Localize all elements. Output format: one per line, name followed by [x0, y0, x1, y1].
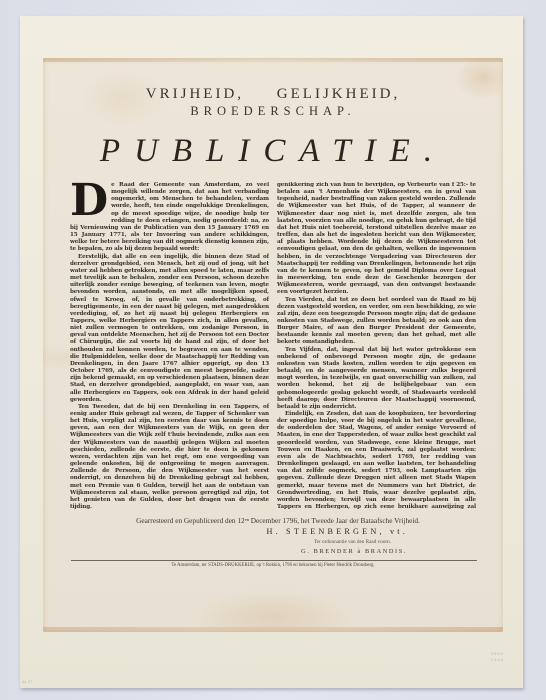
proclamation-sheet: VRIJHEID, GELIJKHEID, BROEDERSCHAP. PUBL…	[43, 58, 503, 632]
divider-rule	[71, 560, 477, 561]
paragraph: Ten Vierden, dat tot zo doen het oordeel…	[277, 297, 476, 347]
pencil-mark: 3 5 0 5	[491, 651, 503, 656]
enactment-date-line: Gearresteerd en Gepubliceerd den 12ᵉⁿ De…	[43, 516, 503, 525]
column-right: genikkering zich van hun te bevrijden, o…	[277, 182, 476, 510]
body-columns: D e Raad der Gemeente van Amsterdam, zo …	[70, 182, 476, 510]
paragraph: genikkering zich van hun te bevrijden, o…	[277, 182, 476, 297]
paragraph: Ten Tweeden, dat de bij een Drenkeling i…	[70, 404, 269, 510]
motto-liberty: VRIJHEID,	[146, 86, 244, 102]
secretary-name: G. BRENDER à BRANDIS.	[301, 548, 407, 555]
printer-imprint: Te Amsterdam, ter STADS-DRUKKERIJE, op '…	[43, 563, 503, 568]
motto: VRIJHEID, GELIJKHEID, BROEDERSCHAP.	[43, 86, 503, 119]
paragraph: Eindelijk, en Zesden, dat aan de koophui…	[277, 411, 476, 510]
order-line: Ter ordonnantie van den Raad voorn.	[314, 539, 391, 545]
column-left: D e Raad der Gemeente van Amsterdam, zo …	[70, 182, 269, 510]
signatory-name: H. STEENBERGEN, vt.	[266, 527, 408, 536]
motto-equality: GELIJKHEID,	[277, 86, 400, 102]
paragraph: Eerstelijk, dat alle en een ingelijk, di…	[70, 254, 269, 404]
motto-line-1: VRIJHEID, GELIJKHEID,	[43, 86, 503, 103]
pencil-mark: 1 4 4 4	[491, 657, 503, 662]
paragraph: Ten Vijfden, dat, ingeval dat bij het wa…	[277, 347, 476, 411]
drop-cap: D	[70, 183, 108, 219]
motto-fraternity: BROEDERSCHAP.	[43, 104, 503, 119]
document-title: PUBLICATIE.	[43, 133, 503, 170]
pencil-mark: AL 27	[22, 679, 32, 684]
